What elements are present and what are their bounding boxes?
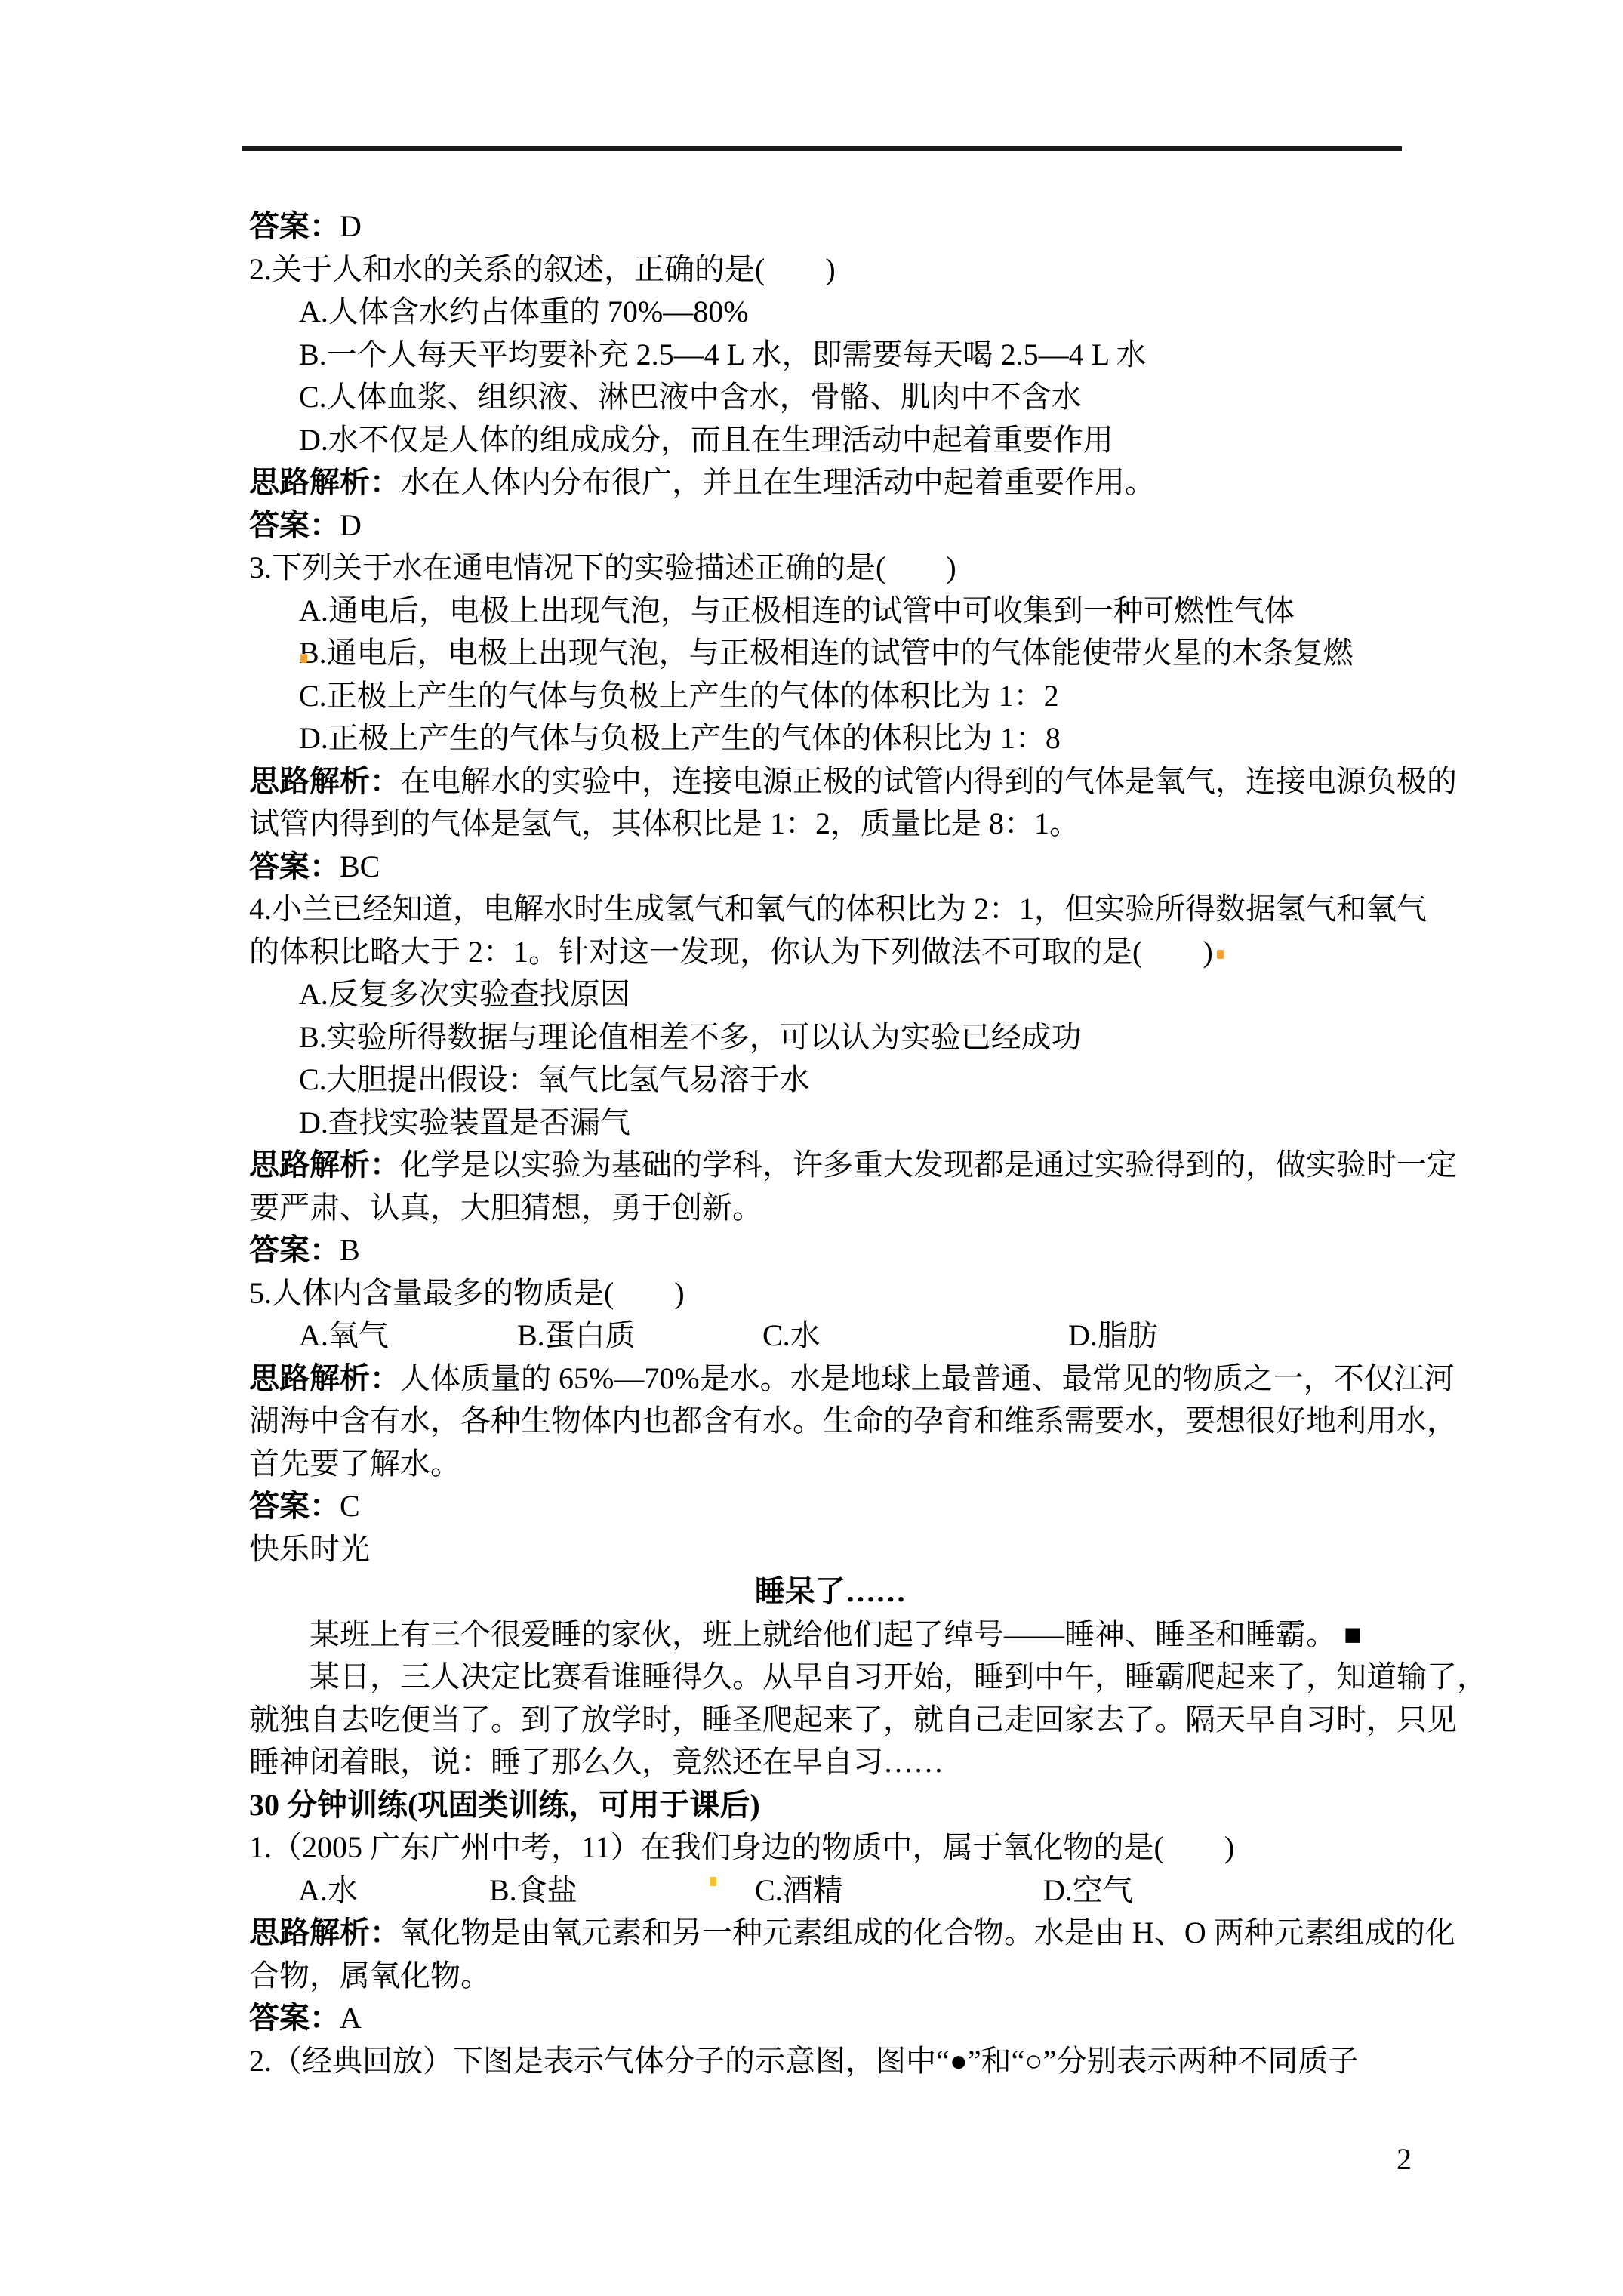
- doc-line: 睡神闭着眼，说：睡了那么久，竟然还在早自习……: [249, 1741, 1412, 1784]
- option-label: A.水: [298, 1869, 358, 1912]
- doc-line: 要严肃、认真，大胆猜想，勇于创新。: [249, 1187, 1412, 1230]
- doc-line: A.氧气B.蛋白质C.水D.脂肪: [249, 1314, 1412, 1358]
- doc-line: 湖海中含有水，各种生物体内也都含有水。生命的孕育和维系需要水，要想很好地利用水，: [249, 1400, 1412, 1443]
- doc-line-text: 水在人体内分布很广，并且在生理活动中起着重要作用。: [400, 465, 1155, 499]
- doc-line-text: 某日，三人决定比赛看谁睡得久。从早自习开始，睡到中午，睡霸爬起来了，知道输了，: [310, 1660, 1487, 1693]
- doc-line-text: 睡呆了……: [755, 1574, 906, 1608]
- doc-line-text: 的体积比略大于 2：1。针对这一发现，你认为下列做法不可取的是( ): [249, 935, 1213, 969]
- doc-line: 5.人体内含量最多的物质是( ): [249, 1272, 1412, 1315]
- option-label: D.脂肪: [1068, 1314, 1158, 1358]
- doc-line-text: D.水不仅是人体的组成成分，而且在生理活动中起着重要作用: [299, 423, 1113, 457]
- document-page: 答案：D2.关于人和水的关系的叙述，正确的是( )A.人体含水约占体重的 70%…: [0, 0, 1623, 2296]
- doc-line-prefix: 答案：: [249, 1489, 340, 1523]
- doc-line: 3.下列关于水在通电情况下的实验描述正确的是( ): [249, 547, 1412, 590]
- doc-line-text: 5.人体内含量最多的物质是( ): [249, 1276, 685, 1310]
- doc-line-text: 4.小兰已经知道，电解水时生成氢气和氧气的体积比为 2：1，但实验所得数据氢气和…: [249, 892, 1427, 926]
- doc-line-text: 人体质量的 65%—70%是水。水是地球上最普通、最常见的物质之一，不仅江河: [400, 1361, 1455, 1395]
- option-label: B.食盐: [489, 1869, 577, 1912]
- doc-line-text: 合物，属氧化物。: [249, 1959, 491, 1992]
- doc-line: A.通电后，电极上出现气泡，与正极相连的试管中可收集到一种可燃性气体: [249, 590, 1412, 633]
- doc-line: 答案：BC: [249, 846, 1412, 889]
- doc-line: 答案：A: [249, 1997, 1412, 2040]
- doc-line-text: 2.（经典回放）下图是表示气体分子的示意图，图中“●”和“○”分别表示两种不同质…: [249, 2044, 1358, 2078]
- doc-line: 思路解析：人体质量的 65%—70%是水。水是地球上最普通、最常见的物质之一，不…: [249, 1358, 1412, 1401]
- doc-line-text: A.人体含水约占体重的 70%—80%: [299, 294, 749, 328]
- doc-line-text: D.正极上产生的气体与负极上产生的气体的体积比为 1：8: [299, 721, 1061, 755]
- doc-line: 思路解析：氧化物是由氧元素和另一种元素组成的化合物。水是由 H、O 两种元素组成…: [249, 1912, 1412, 1955]
- option-label: D.空气: [1043, 1869, 1133, 1912]
- document-body: 答案：D2.关于人和水的关系的叙述，正确的是( )A.人体含水约占体重的 70%…: [249, 205, 1412, 2082]
- doc-line: B.通电后，电极上出现气泡，与正极相连的试管中的气体能使带火星的木条复燃: [249, 632, 1412, 675]
- doc-line-text: 湖海中含有水，各种生物体内也都含有水。生命的孕育和维系需要水，要想很好地利用水，: [249, 1404, 1457, 1438]
- doc-line-text: C.大胆提出假设：氧气比氢气易溶于水: [299, 1062, 810, 1096]
- doc-line: 思路解析：水在人体内分布很广，并且在生理活动中起着重要作用。: [249, 461, 1412, 504]
- header-rule: [242, 146, 1402, 151]
- doc-line-prefix: 思路解析：: [249, 764, 400, 798]
- doc-line-prefix: 答案：: [249, 209, 340, 243]
- doc-line: 首先要了解水。: [249, 1443, 1412, 1486]
- doc-line: 思路解析：在电解水的实验中，连接电源正极的试管内得到的气体是氧气，连接电源负极的: [249, 760, 1412, 803]
- doc-line: D.水不仅是人体的组成成分，而且在生理活动中起着重要作用: [249, 419, 1412, 462]
- doc-line: 睡呆了……: [249, 1570, 1412, 1613]
- doc-line-prefix: 答案：: [249, 1233, 340, 1267]
- doc-line-text: B: [340, 1233, 360, 1267]
- doc-line: A.人体含水约占体重的 70%—80%: [249, 291, 1412, 334]
- doc-line-text: 化学是以实验为基础的学科，许多重大发现都是通过实验得到的，做实验时一定: [400, 1148, 1457, 1182]
- doc-line: C.正极上产生的气体与负极上产生的气体的体积比为 1：2: [249, 675, 1412, 718]
- page-number: 2: [249, 2138, 1412, 2180]
- doc-line: 合物，属氧化物。: [249, 1955, 1412, 1998]
- doc-line: C.大胆提出假设：氧气比氢气易溶于水: [249, 1059, 1412, 1102]
- doc-line-text: 快乐时光: [249, 1532, 370, 1566]
- doc-line-text: C.正极上产生的气体与负极上产生的气体的体积比为 1：2: [299, 679, 1059, 713]
- doc-line-text: B.一个人每天平均要补充 2.5—4 L 水，即需要每天喝 2.5—4 L 水: [299, 337, 1147, 371]
- doc-line: A.反复多次实验查找原因: [249, 973, 1412, 1016]
- doc-line-text: 睡神闭着眼，说：睡了那么久，竟然还在早自习……: [249, 1745, 944, 1779]
- doc-line: C.人体血浆、组织液、淋巴液中含水，骨骼、肌肉中不含水: [249, 376, 1412, 419]
- doc-line: D.正极上产生的气体与负极上产生的气体的体积比为 1：8: [249, 717, 1412, 760]
- doc-line: 答案：D: [249, 205, 1412, 248]
- doc-line-text: 试管内得到的气体是氢气，其体积比是 1：2，质量比是 8：1。: [249, 806, 1079, 840]
- doc-line: B.实验所得数据与理论值相差不多，可以认为实验已经成功: [249, 1016, 1412, 1059]
- doc-line-text: C: [340, 1489, 360, 1523]
- doc-line-text: B.通电后，电极上出现气泡，与正极相连的试管中的气体能使带火星的木条复燃: [299, 636, 1354, 670]
- scan-artifact-dot: [710, 1877, 716, 1886]
- doc-line-text: 30 分钟训练(巩固类训练，可用于课后): [249, 1788, 760, 1822]
- doc-line: 就独自去吃便当了。到了放学时，睡圣爬起来了，就自己走回家去了。隔天早自习时，只见: [249, 1699, 1412, 1742]
- option-label: B.蛋白质: [517, 1314, 636, 1358]
- doc-line-text: 1.（2005 广东广州中考，11）在我们身边的物质中，属于氧化物的是( ): [249, 1830, 1234, 1864]
- doc-line: 2.（经典回放）下图是表示气体分子的示意图，图中“●”和“○”分别表示两种不同质…: [249, 2040, 1412, 2083]
- doc-line-prefix: 答案：: [249, 849, 340, 883]
- doc-line-text: 就独自去吃便当了。到了放学时，睡圣爬起来了，就自己走回家去了。隔天早自习时，只见: [249, 1703, 1457, 1737]
- doc-line-text: 3.下列关于水在通电情况下的实验描述正确的是( ): [249, 550, 956, 584]
- doc-line-text: D.查找实验装置是否漏气: [299, 1105, 630, 1139]
- doc-line: 4.小兰已经知道，电解水时生成氢气和氧气的体积比为 2：1，但实验所得数据氢气和…: [249, 888, 1412, 931]
- doc-line-text: A.通电后，电极上出现气泡，与正极相连的试管中可收集到一种可燃性气体: [299, 593, 1295, 627]
- scan-artifact-dot: [1217, 950, 1224, 959]
- doc-line: 答案：C: [249, 1485, 1412, 1528]
- doc-line-prefix: 思路解析：: [249, 1148, 400, 1182]
- doc-line: 快乐时光: [249, 1528, 1412, 1571]
- doc-line-text: 在电解水的实验中，连接电源正极的试管内得到的气体是氧气，连接电源负极的: [400, 764, 1457, 798]
- doc-line: 2.关于人和水的关系的叙述，正确的是( ): [249, 248, 1412, 291]
- doc-line-text: B.实验所得数据与理论值相差不多，可以认为实验已经成功: [299, 1020, 1082, 1054]
- doc-line: 答案：B: [249, 1229, 1412, 1272]
- doc-line-text: A.反复多次实验查找原因: [299, 977, 630, 1011]
- doc-line-text: 氧化物是由氧元素和另一种元素组成的化合物。水是由 H、O 两种元素组成的化: [400, 1915, 1455, 1949]
- doc-line-text: 要严肃、认真，大胆猜想，勇于创新。: [249, 1191, 762, 1225]
- option-label: C.水: [762, 1314, 821, 1358]
- doc-line-text: BC: [340, 849, 380, 883]
- doc-line: 思路解析：化学是以实验为基础的学科，许多重大发现都是通过实验得到的，做实验时一定: [249, 1144, 1412, 1187]
- scan-artifact-dot: [300, 654, 307, 663]
- doc-line-prefix: 思路解析：: [249, 465, 400, 499]
- doc-line: 某日，三人决定比赛看谁睡得久。从早自习开始，睡到中午，睡霸爬起来了，知道输了，: [249, 1656, 1412, 1699]
- doc-line-text: C.人体血浆、组织液、淋巴液中含水，骨骼、肌肉中不含水: [299, 380, 1082, 414]
- doc-line-text: 某班上有三个很爱睡的家伙，班上就给他们起了绰号——睡神、睡圣和睡霸。 ■: [310, 1617, 1362, 1651]
- doc-line: D.查找实验装置是否漏气: [249, 1102, 1412, 1145]
- doc-line-text: D: [340, 508, 362, 542]
- doc-line-text: 首先要了解水。: [249, 1447, 460, 1481]
- doc-line: A.水B.食盐C.酒精D.空气: [249, 1869, 1412, 1912]
- doc-line: 答案：D: [249, 504, 1412, 547]
- doc-line: B.一个人每天平均要补充 2.5—4 L 水，即需要每天喝 2.5—4 L 水: [249, 334, 1412, 377]
- doc-line-prefix: 答案：: [249, 2001, 340, 2035]
- doc-line: 试管内得到的气体是氢气，其体积比是 1：2，质量比是 8：1。: [249, 803, 1412, 846]
- doc-line: 1.（2005 广东广州中考，11）在我们身边的物质中，属于氧化物的是( ): [249, 1826, 1412, 1869]
- doc-line-text: D: [340, 209, 362, 243]
- doc-line-prefix: 思路解析：: [249, 1361, 400, 1395]
- doc-line-text: 2.关于人和水的关系的叙述，正确的是( ): [249, 252, 836, 286]
- doc-line-prefix: 思路解析：: [249, 1915, 400, 1949]
- doc-line-text: A: [340, 2001, 362, 2035]
- option-label: C.酒精: [755, 1869, 843, 1912]
- doc-line: 某班上有三个很爱睡的家伙，班上就给他们起了绰号——睡神、睡圣和睡霸。 ■: [249, 1613, 1412, 1657]
- option-label: A.氧气: [299, 1314, 389, 1358]
- doc-line: 的体积比略大于 2：1。针对这一发现，你认为下列做法不可取的是( ): [249, 931, 1412, 974]
- doc-line: 30 分钟训练(巩固类训练，可用于课后): [249, 1784, 1412, 1827]
- doc-line-prefix: 答案：: [249, 508, 340, 542]
